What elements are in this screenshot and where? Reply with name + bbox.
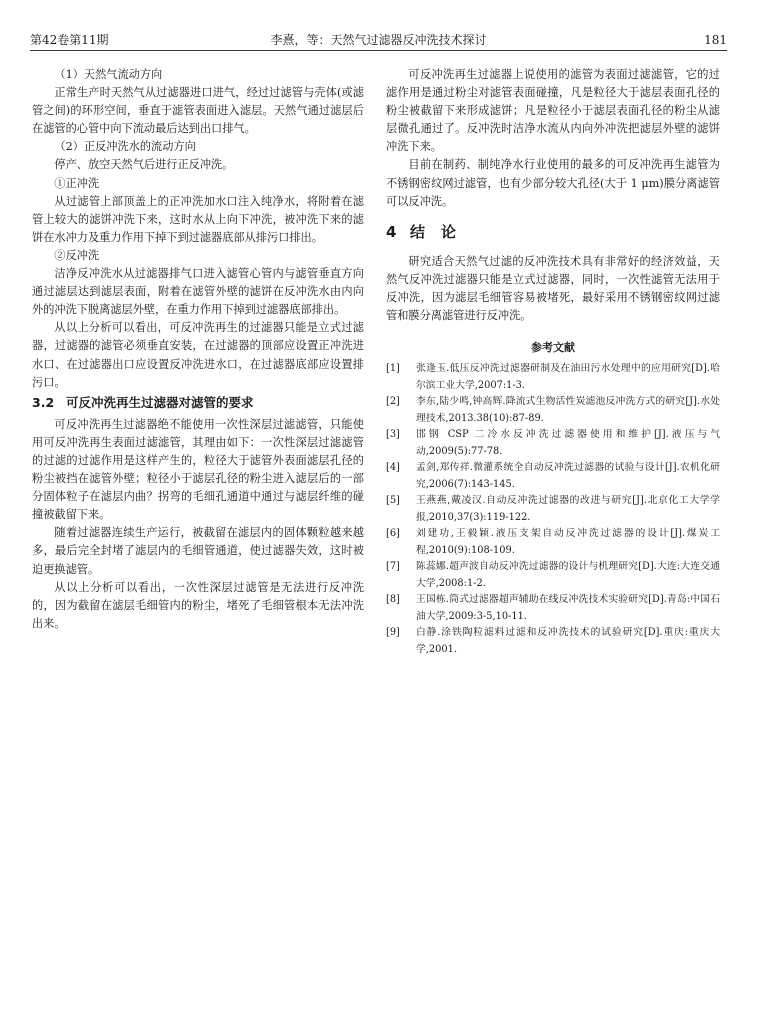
- paragraph: 可反冲洗再生过滤器绝不能使用一次性深层过滤滤管，只能使用可反冲洗再生表面过滤滤管…: [32, 416, 364, 525]
- reference-item: [9]白静.涂铁陶粒滤料过滤和反冲洗技术的试验研究[D].重庆:重庆大学,200…: [386, 625, 720, 658]
- paragraph: 研究适合天然气过滤的反冲洗技术具有非常好的经济效益，天然气反冲洗过滤器只能是立式…: [386, 253, 720, 325]
- right-column: 可反冲洗再生过滤器上说使用的滤管为表面过滤滤管，它的过滤作用是通过粉尘对滤管表面…: [386, 66, 720, 658]
- paragraph: 停产、放空天然气后进行正反冲洗。: [32, 156, 364, 174]
- reference-text: 刘建功,王毅颖.液压支架自动反冲洗过滤器的设计[J].煤炭工程,2010(9):…: [416, 528, 720, 556]
- section-heading-3-2: 3.2可反冲洗再生过滤器对滤管的要求: [32, 394, 364, 412]
- reference-number: [7]: [386, 559, 400, 576]
- page-header: 第42卷第11期 李熹，等：天然气过滤器反冲洗技术探讨 181: [30, 32, 727, 52]
- reference-number: [4]: [386, 460, 400, 477]
- paragraph: 目前在制药、制纯净水行业使用的最多的可反冲洗再生滤管为不锈钢密纹网过滤管，也有少…: [386, 156, 720, 210]
- reference-text: 陈蕊娜.超声波自动反冲洗过滤器的设计与机理研究[D].大连:大连交通大学,200…: [416, 561, 720, 589]
- subheading-forward-wash: ①正冲洗: [32, 175, 364, 193]
- reference-item: [3]邯钢 CSP 二冷水反冲洗过滤器使用和维护[J].液压与气动,2009(5…: [386, 427, 720, 460]
- reference-text: 孟剑,郑传祥.微灌系统全自动反冲洗过滤器的试验与设计[J].农机化研究,2006…: [416, 462, 720, 490]
- section-number: 3.2: [32, 394, 66, 412]
- paragraph: 洁净反冲洗水从过滤器排气口进入滤管心管内与滤管垂直方向通过滤层达到滤层表面，附着…: [32, 265, 364, 319]
- references-list: [1]张逢玉.低压反冲洗过滤器研制及在油田污水处理中的应用研究[D].哈尔滨工业…: [386, 361, 720, 658]
- reference-text: 李东,陆少鸣,钟高辉.降流式生物活性炭滤池反冲洗方式的研究[J].水处理技术,2…: [416, 396, 720, 424]
- reference-number: [8]: [386, 592, 400, 609]
- reference-number: [1]: [386, 361, 400, 378]
- left-column: （1）天然气流动方向 正常生产时天然气从过滤器进口进气，经过过滤管与壳体(或滤管…: [32, 66, 364, 633]
- reference-text: 张逢玉.低压反冲洗过滤器研制及在油田污水处理中的应用研究[D].哈尔滨工业大学,…: [416, 363, 720, 391]
- section-title-part: 论: [441, 223, 456, 241]
- header-divider: [30, 50, 727, 51]
- reference-item: [4]孟剑,郑传祥.微灌系统全自动反冲洗过滤器的试验与设计[J].农机化研究,2…: [386, 460, 720, 493]
- paragraph: 随着过滤器连续生产运行，被截留在滤层内的固体颗粒越来越多，最后完全封堵了滤层内的…: [32, 524, 364, 578]
- section-title-part: 结: [410, 223, 425, 241]
- running-title: 李熹，等：天然气过滤器反冲洗技术探讨: [30, 32, 727, 48]
- paragraph: 可反冲洗再生过滤器上说使用的滤管为表面过滤滤管，它的过滤作用是通过粉尘对滤管表面…: [386, 66, 720, 156]
- subheading-wash-flow: （2）正反冲洗水的流动方向: [32, 138, 364, 156]
- subheading-gas-flow: （1）天然气流动方向: [32, 66, 364, 84]
- reference-text: 王燕燕,戴凌汉.自动反冲洗过滤器的改进与研究[J].北京化工大学学报,2010,…: [416, 495, 720, 523]
- paragraph: 正常生产时天然气从过滤器进口进气，经过过滤管与壳体(或滤管之间)的环形空间，垂直…: [32, 84, 364, 138]
- section-title: 可反冲洗再生过滤器对滤管的要求: [66, 395, 254, 410]
- page-number: 181: [704, 32, 727, 48]
- reference-number: [5]: [386, 493, 400, 510]
- reference-number: [6]: [386, 526, 400, 543]
- reference-number: [3]: [386, 427, 400, 444]
- reference-item: [5]王燕燕,戴凌汉.自动反冲洗过滤器的改进与研究[J].北京化工大学学报,20…: [386, 493, 720, 526]
- reference-item: [8]王国栋.筒式过滤器超声辅助在线反冲洗技术实验研究[D].青岛:中国石油大学…: [386, 592, 720, 625]
- reference-item: [2]李东,陆少鸣,钟高辉.降流式生物活性炭滤池反冲洗方式的研究[J].水处理技…: [386, 394, 720, 427]
- references-heading: 参考文献: [386, 339, 720, 357]
- reference-item: [1]张逢玉.低压反冲洗过滤器研制及在油田污水处理中的应用研究[D].哈尔滨工业…: [386, 361, 720, 394]
- reference-number: [2]: [386, 394, 400, 411]
- section-number: 4: [386, 223, 410, 241]
- reference-text: 邯钢 CSP 二冷水反冲洗过滤器使用和维护[J].液压与气动,2009(5):7…: [416, 429, 720, 457]
- subheading-back-wash: ②反冲洗: [32, 247, 364, 265]
- paragraph: 从过滤管上部顶盖上的正冲洗加水口注入纯净水，将附着在滤管上较大的滤饼冲洗下来，这…: [32, 193, 364, 247]
- paragraph: 从以上分析可以看出，一次性深层过滤管是无法进行反冲洗的，因为截留在滤层毛细管内的…: [32, 579, 364, 633]
- reference-item: [6]刘建功,王毅颖.液压支架自动反冲洗过滤器的设计[J].煤炭工程,2010(…: [386, 526, 720, 559]
- reference-text: 王国栋.筒式过滤器超声辅助在线反冲洗技术实验研究[D].青岛:中国石油大学,20…: [416, 594, 720, 622]
- section-heading-conclusion: 4结论: [386, 223, 720, 241]
- reference-item: [7]陈蕊娜.超声波自动反冲洗过滤器的设计与机理研究[D].大连:大连交通大学,…: [386, 559, 720, 592]
- reference-text: 白静.涂铁陶粒滤料过滤和反冲洗技术的试验研究[D].重庆:重庆大学,2001.: [416, 627, 720, 655]
- paragraph: 从以上分析可以看出，可反冲洗再生的过滤器只能是立式过滤器，过滤器的滤管必须垂直安…: [32, 319, 364, 391]
- reference-number: [9]: [386, 625, 400, 642]
